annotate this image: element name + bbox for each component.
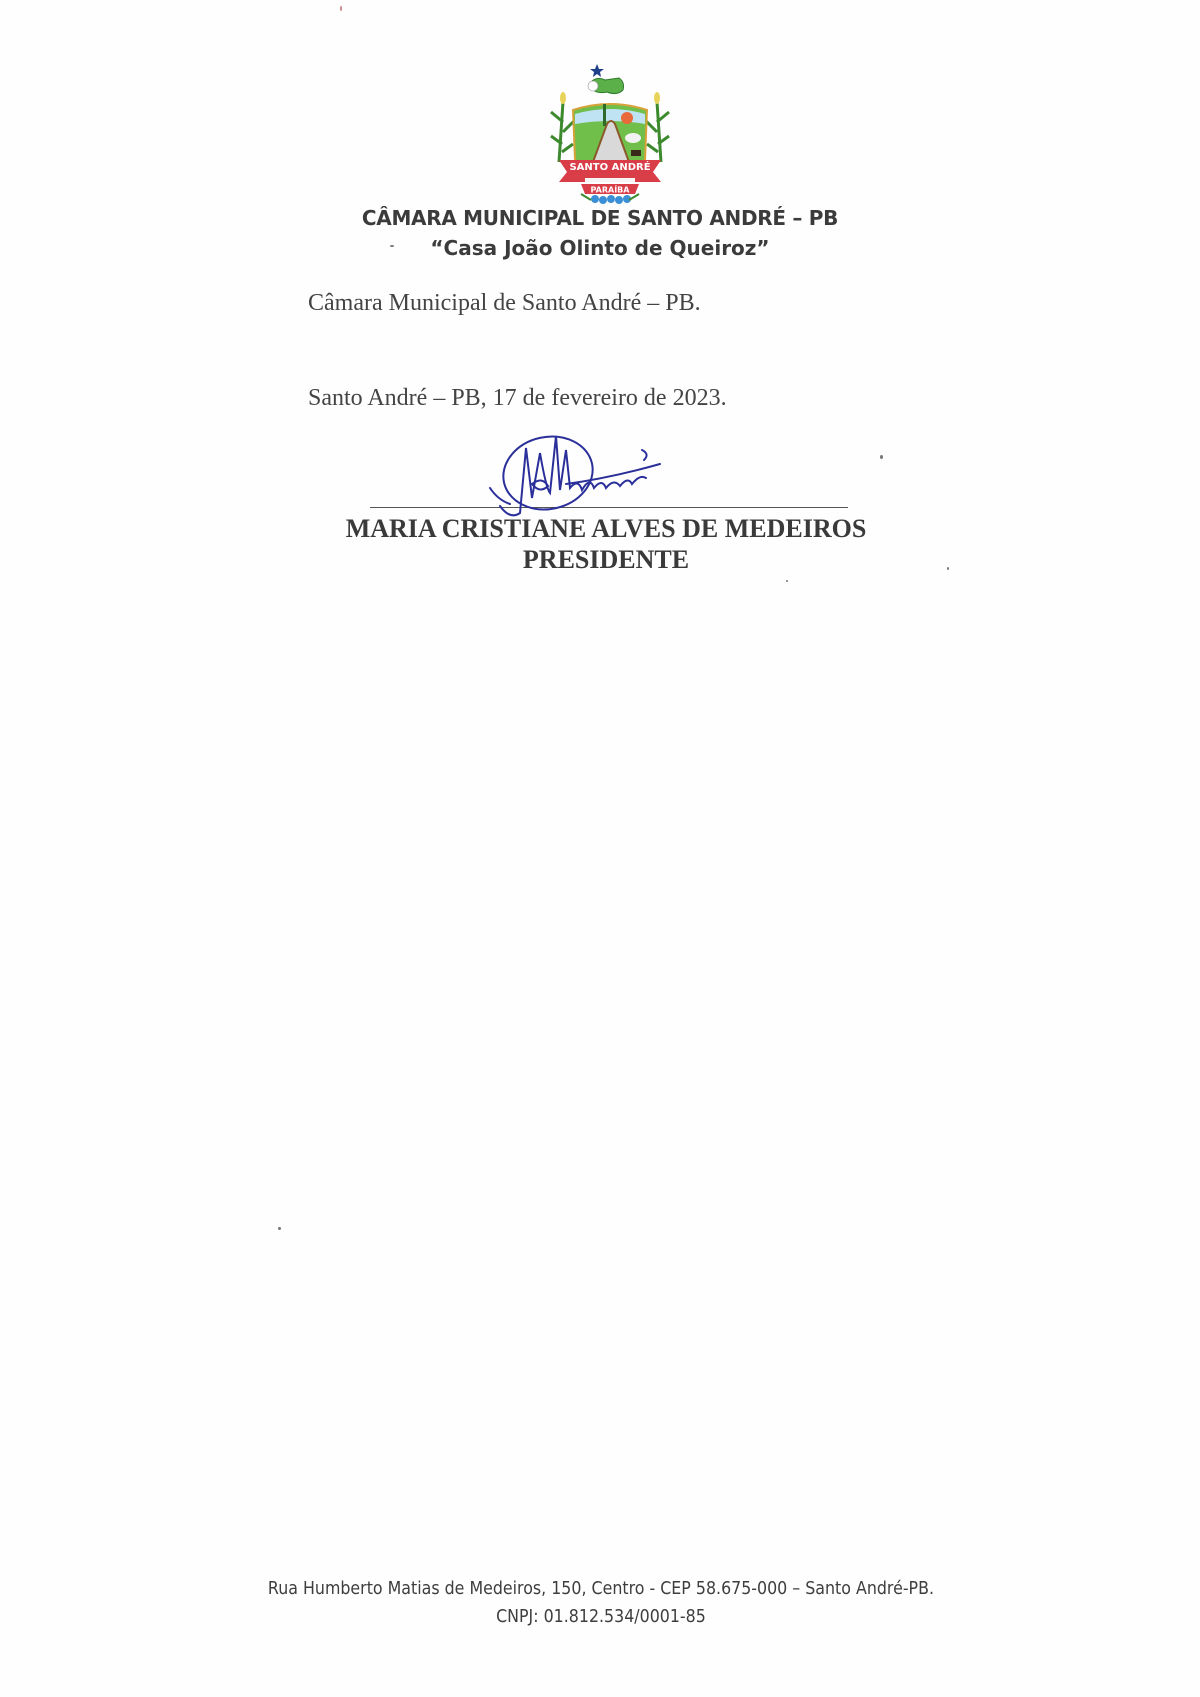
scan-speck (786, 580, 788, 582)
addressee-line: Câmara Municipal de Santo André – PB. (308, 290, 701, 317)
crest-text-bottom: PARAÍBA (591, 184, 631, 195)
scan-speck (340, 6, 342, 11)
footer-cnpj: CNPJ: 01.812.534/0001-85 (73, 1606, 1129, 1627)
scan-speck (390, 245, 394, 247)
signer-name: MARIA CRISTIANE ALVES DE MEDEIROS (0, 514, 1200, 544)
document-page: SANTO ANDRÉ PARAÍBA CÂMARA MUNICIPAL DE … (0, 0, 1200, 1697)
handwritten-signature-icon (470, 428, 670, 528)
footer-address: Rua Humberto Matias de Medeiros, 150, Ce… (73, 1578, 1129, 1599)
coat-of-arms-icon: SANTO ANDRÉ PARAÍBA (545, 62, 675, 204)
institution-house-name: “Casa João Olinto de Queiroz” (0, 236, 1200, 260)
date-line: Santo André – PB, 17 de fevereiro de 202… (308, 385, 727, 412)
institution-name: CÂMARA MUNICIPAL DE SANTO ANDRÉ – PB (0, 206, 1200, 230)
signer-role: PRESIDENTE (0, 545, 1200, 575)
scan-speck (947, 567, 949, 570)
scan-speck (880, 455, 883, 459)
crest-text-top: SANTO ANDRÉ (569, 160, 650, 173)
scan-speck (278, 1227, 281, 1230)
